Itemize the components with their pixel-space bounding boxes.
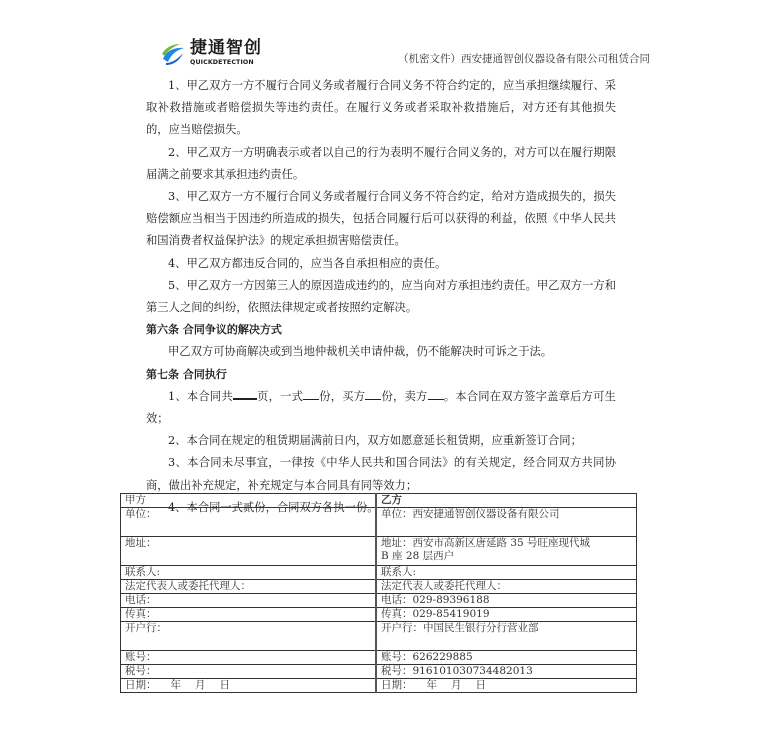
- party-b-date-month: 月: [451, 679, 462, 691]
- section-6-heading: 第六条 合同争议的解决方式: [146, 319, 616, 341]
- buyer-copies-blank[interactable]: [365, 387, 381, 400]
- party-b-address-line1: 地址：西安市高新区唐延路 35 号旺座现代城: [381, 537, 632, 550]
- table-row-phone: 电话： 电话：029-89396188: [121, 594, 637, 608]
- execution-item-2: 2、本合同在规定的租赁期届满前日内，双方如愿意延长租赁期，应重新签订合同；: [146, 430, 616, 452]
- party-b-bank: 开户行：中国民生银行分行营业部: [376, 622, 637, 651]
- party-b-account: 账号：626229885: [376, 651, 637, 665]
- document-title: （机密文件）西安捷通智创仪器设备有限公司租赁合同: [398, 51, 650, 66]
- liability-clause-5: 5、甲乙双方一方因第三人的原因造成违约的，应当向对方承担违约责任。甲乙双方一方和…: [146, 275, 616, 319]
- party-a-fax[interactable]: 传真：: [121, 608, 377, 622]
- party-b-unit: 单位：西安捷通智创仪器设备有限公司: [376, 508, 637, 537]
- page-header: 捷通智创 QUICKDETECTION （机密文件）西安捷通智创仪器设备有限公司…: [160, 38, 650, 70]
- seller-copies-blank[interactable]: [428, 387, 444, 400]
- logo-name-cn: 捷通智创: [190, 38, 262, 58]
- section-6-text: 甲乙双方可协商解决或到当地仲裁机关申请仲裁，仍不能解决时可诉之于法。: [146, 341, 616, 363]
- party-b-address-line2: B 座 28 层西户: [381, 550, 632, 563]
- party-a-contact[interactable]: 联系人:: [121, 566, 377, 580]
- party-a-unit[interactable]: 单位：: [121, 508, 377, 537]
- party-b-date[interactable]: 日期：年月日: [376, 679, 637, 693]
- table-row-account: 账号： 账号：626229885: [121, 651, 637, 665]
- table-row-unit: 单位： 单位：西安捷通智创仪器设备有限公司: [121, 508, 637, 537]
- party-a-tax-id[interactable]: 税号：: [121, 665, 377, 679]
- party-a-bank[interactable]: 开户行：: [121, 622, 377, 651]
- party-b-phone: 电话：029-89396188: [376, 594, 637, 608]
- party-a-date[interactable]: 日期：年月日: [121, 679, 377, 693]
- table-row-date: 日期：年月日 日期：年月日: [121, 679, 637, 693]
- party-b-date-label: 日期：: [381, 679, 413, 691]
- table-row-fax: 传真： 传真：029-85419019: [121, 608, 637, 622]
- party-b-representative: 法定代表人或委托代理人：: [376, 580, 637, 594]
- liability-clause-4: 4、甲乙双方都违反合同的，应当各自承担相应的责任。: [146, 253, 616, 275]
- party-b-address: 地址：西安市高新区唐延路 35 号旺座现代城 B 座 28 层西户: [376, 537, 637, 566]
- item1-part2: 页，一式: [257, 390, 303, 403]
- table-row-tax-id: 税号： 税号：916101030734482013: [121, 665, 637, 679]
- party-b-contact: 联系人:: [376, 566, 637, 580]
- execution-item-3: 3、本合同未尽事宜，一律按《中华人民共和国合同法》的有关规定，经合同双方共同协商…: [146, 452, 616, 496]
- party-a-header: 甲方: [121, 494, 377, 508]
- item1-part4: 份，卖方: [381, 390, 427, 403]
- item1-part3: 份，买方: [319, 390, 365, 403]
- party-a-address[interactable]: 地址：: [121, 537, 377, 566]
- party-b-fax: 传真：029-85419019: [376, 608, 637, 622]
- party-a-phone[interactable]: 电话：: [121, 594, 377, 608]
- table-row-contact: 联系人: 联系人:: [121, 566, 637, 580]
- party-a-account[interactable]: 账号：: [121, 651, 377, 665]
- party-a-date-label: 日期：: [125, 679, 157, 691]
- party-b-date-day: 日: [476, 679, 487, 691]
- party-b-header: 乙方: [376, 494, 637, 508]
- party-a-date-month: 月: [195, 679, 206, 691]
- parties-signature-table: 甲方 乙方 单位： 单位：西安捷通智创仪器设备有限公司 地址： 地址：西安市高新…: [120, 493, 637, 693]
- liability-clause-2: 2、甲乙双方一方明确表示或者以自己的行为表明不履行合同义务的，对方可以在履行期限…: [146, 142, 616, 186]
- party-a-date-year: 年: [171, 679, 182, 691]
- contract-page: 捷通智创 QUICKDETECTION （机密文件）西安捷通智创仪器设备有限公司…: [0, 0, 759, 743]
- execution-item-1: 1、本合同共页，一式份，买方份，卖方。本合同在双方签字盖章后方可生效；: [146, 386, 616, 430]
- item1-prefix: 1、本合同共: [168, 390, 233, 403]
- table-row-address: 地址： 地址：西安市高新区唐延路 35 号旺座现代城 B 座 28 层西户: [121, 537, 637, 566]
- liability-clause-1: 1、甲乙双方一方不履行合同义务或者履行合同义务不符合约定的，应当承担继续履行、采…: [146, 75, 616, 142]
- table-row-bank: 开户行： 开户行：中国民生银行分行营业部: [121, 622, 637, 651]
- party-a-representative[interactable]: 法定代表人或委托代理人：: [121, 580, 377, 594]
- copies-blank[interactable]: [303, 387, 319, 400]
- page-count-blank[interactable]: [233, 386, 257, 400]
- liability-clause-3: 3、甲乙双方一方不履行合同义务或者履行合同义务不符合约定，给对方造成损失的，损失…: [146, 186, 616, 253]
- contract-body: 1、甲乙双方一方不履行合同义务或者履行合同义务不符合约定的，应当承担继续履行、采…: [146, 75, 616, 519]
- party-b-date-year: 年: [427, 679, 438, 691]
- logo-name-en: QUICKDETECTION: [190, 59, 254, 67]
- section-7-heading: 第七条 合同执行: [146, 364, 616, 386]
- party-b-tax-id: 税号：916101030734482013: [376, 665, 637, 679]
- table-row-header: 甲方 乙方: [121, 494, 637, 508]
- party-a-date-day: 日: [220, 679, 231, 691]
- table-row-representative: 法定代表人或委托代理人： 法定代表人或委托代理人：: [121, 580, 637, 594]
- company-logo: 捷通智创 QUICKDETECTION: [160, 38, 280, 70]
- logo-swoosh-icon: [160, 41, 186, 67]
